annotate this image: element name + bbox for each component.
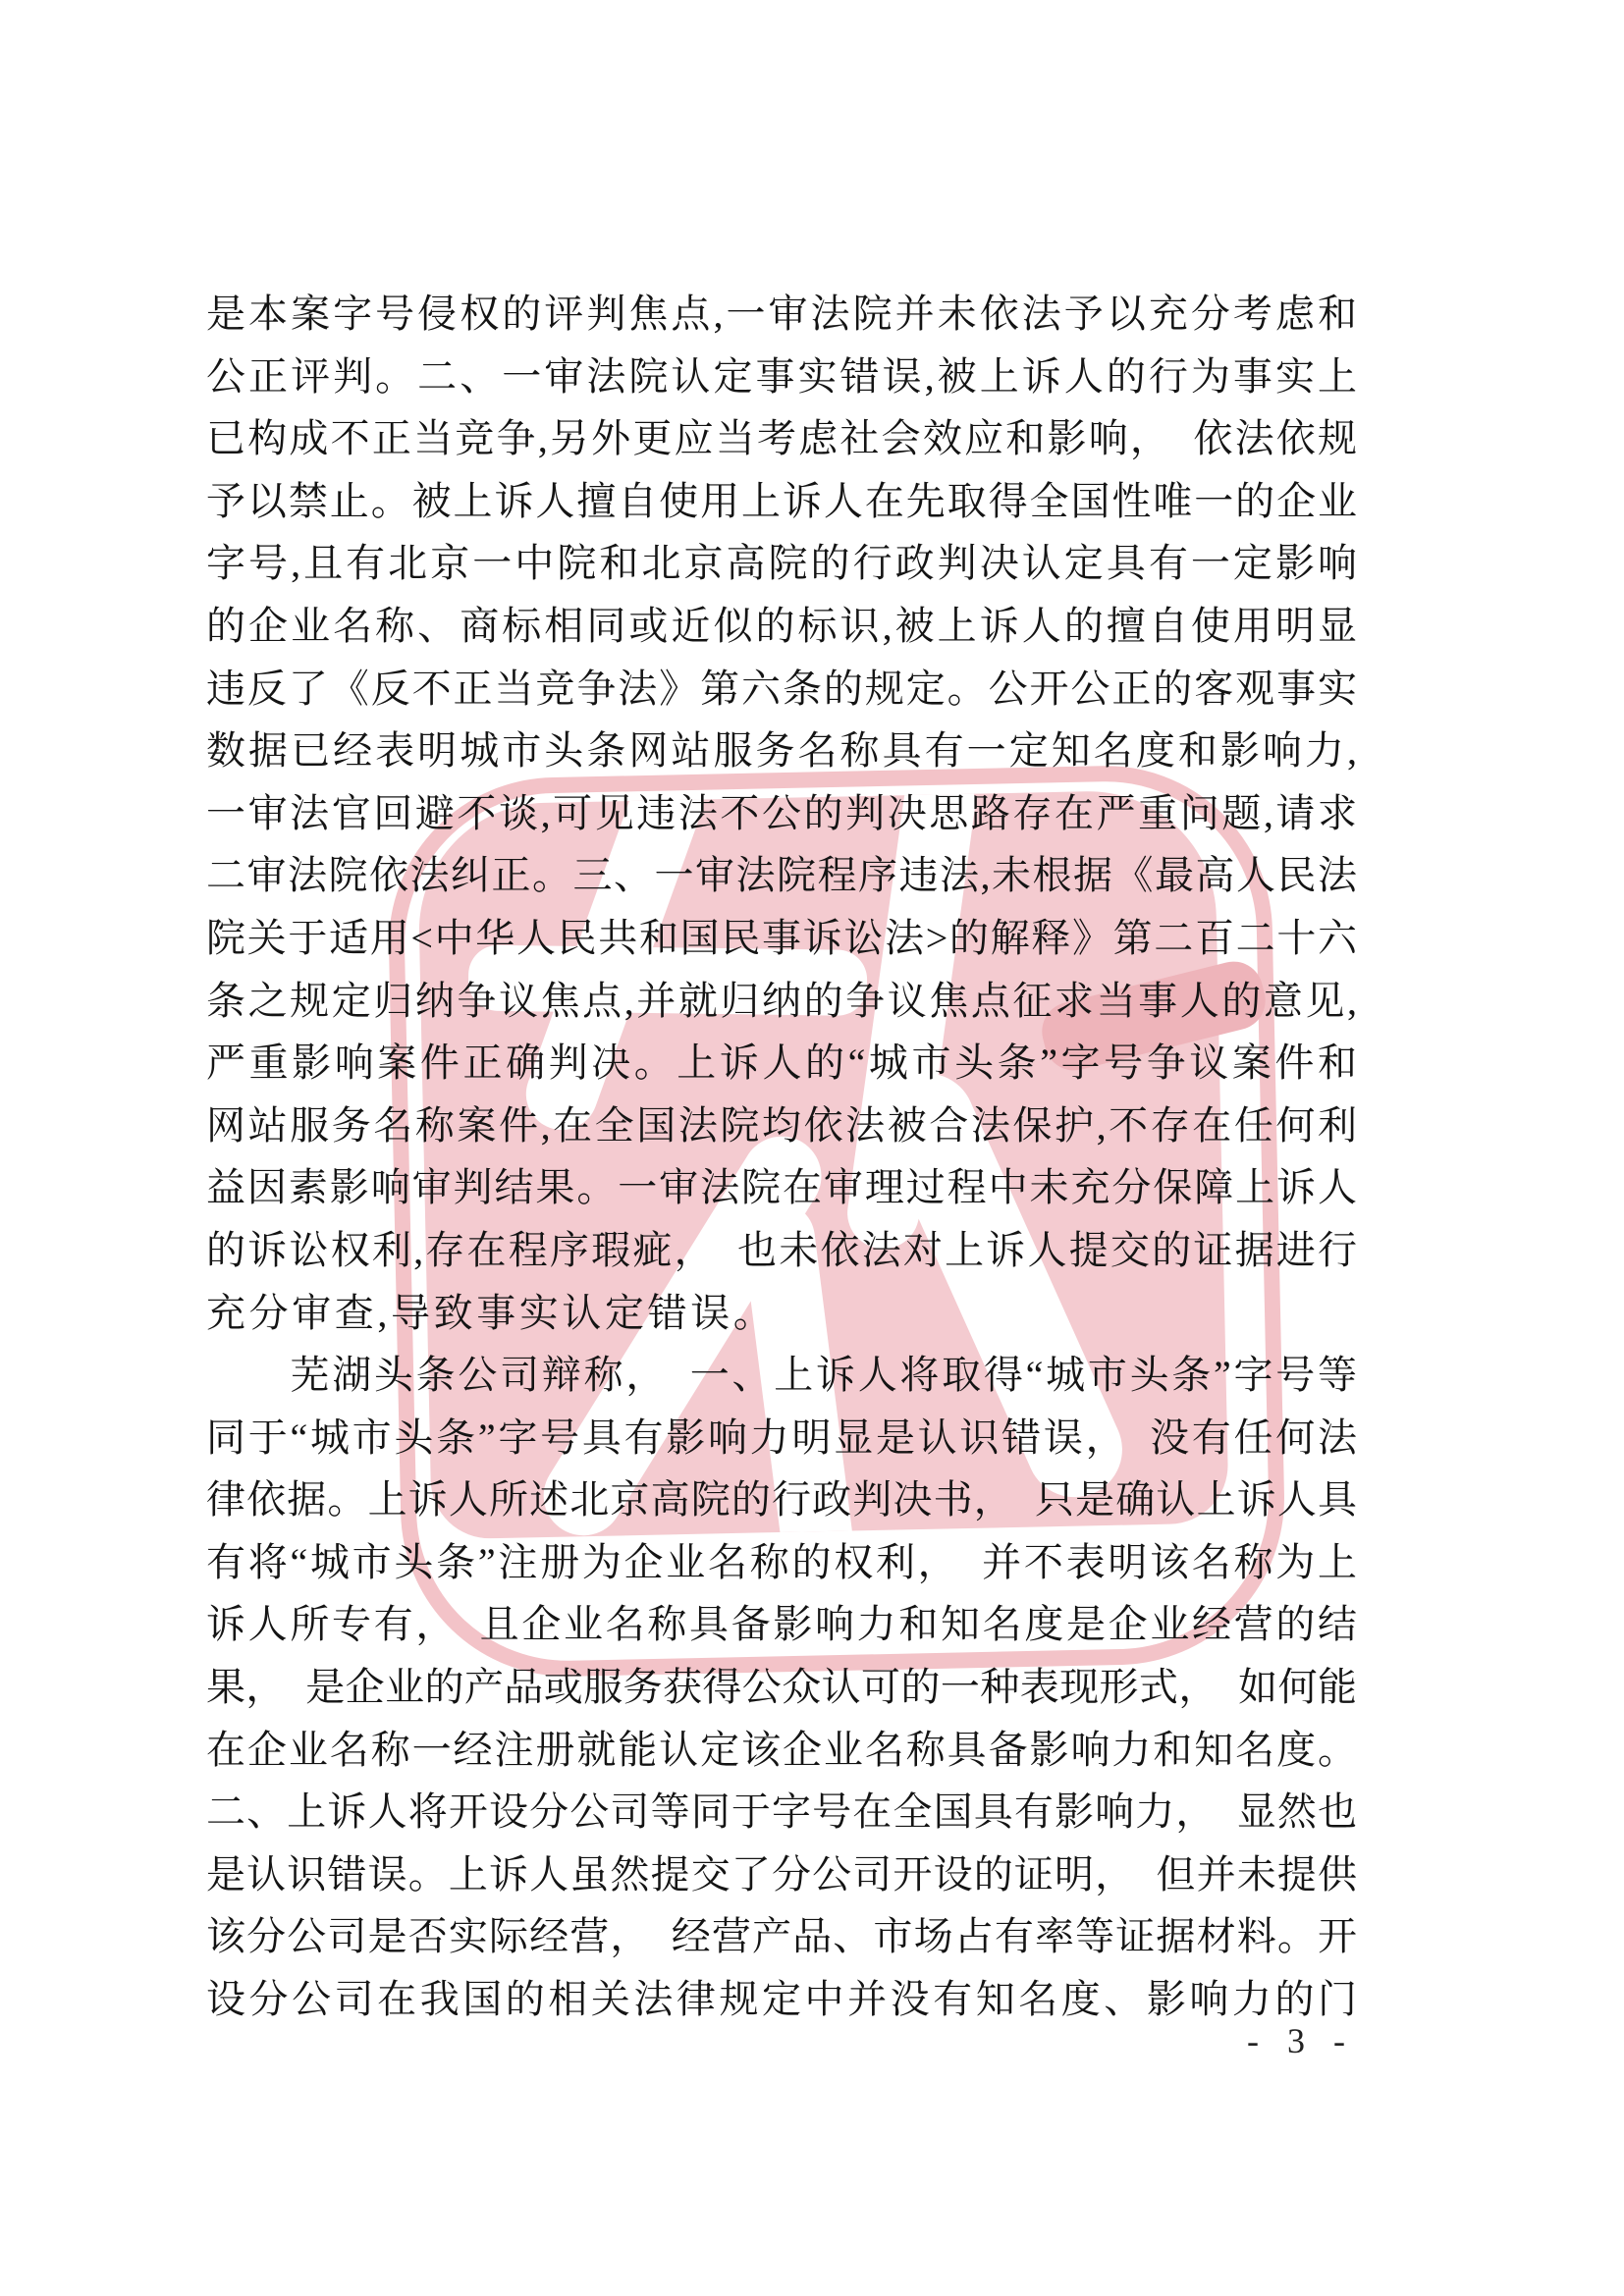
text-line: 在企业名称一经注册就能认定该企业名称具备影响力和知名度。 xyxy=(206,1719,1357,1782)
text-line: 一审法官回避不谈,可见违法不公的判决思路存在严重问题,请求 xyxy=(206,782,1357,845)
text-line: 严重影响案件正确判决。上诉人的“城市头条”字号争议案件和 xyxy=(206,1032,1357,1095)
text-line: 予以禁止。被上诉人擅自使用上诉人在先取得全国性唯一的企业 xyxy=(206,470,1357,533)
text-line: 果， 是企业的产品或服务获得公众认可的一种表现形式， 如何能 xyxy=(206,1656,1357,1719)
text-line: 字号,且有北京一中院和北京高院的行政判决认定具有一定影响 xyxy=(206,532,1357,595)
text-line: 数据已经表明城市头条网站服务名称具有一定知名度和影响力, xyxy=(206,720,1357,782)
text-line: 充分审查,导致事实认定错误。 xyxy=(206,1282,1357,1345)
text-line: 诉人所专有， 且企业名称具备影响力和知名度是企业经营的结 xyxy=(206,1593,1357,1656)
text-line: 的企业名称、商标相同或近似的标识,被上诉人的擅自使用明显 xyxy=(206,595,1357,658)
text-line: 违反了《反不正当竞争法》第六条的规定。公开公正的客观事实 xyxy=(206,658,1357,721)
text-line: 二审法院依法纠正。三、一审法院程序违法,未根据《最高人民法 xyxy=(206,844,1357,907)
text-line: 是本案字号侵权的评判焦点,一审法院并未依法予以充分考虑和 xyxy=(206,283,1357,346)
text-line: 的诉讼权利,存在程序瑕疵， 也未依法对上诉人提交的证据进行 xyxy=(206,1219,1357,1282)
text-line: 条之规定归纳争议焦点,并就归纳的争议焦点征求当事人的意见, xyxy=(206,970,1357,1033)
page-number: - 3 - xyxy=(1247,2020,1355,2061)
text-line: 是认识错误。上诉人虽然提交了分公司开设的证明， 但并未提供 xyxy=(206,1843,1357,1906)
text-line: 二、上诉人将开设分公司等同于字号在全国具有影响力， 显然也 xyxy=(206,1781,1357,1843)
text-line: 网站服务名称案件,在全国法院均依法被合法保护,不存在任何利 xyxy=(206,1095,1357,1157)
text-line: 设分公司在我国的相关法律规定中并没有知名度、影响力的门 xyxy=(206,1968,1357,2031)
text-line: 益因素影响审判结果。一审法院在审理过程中未充分保障上诉人 xyxy=(206,1156,1357,1219)
text-line: 已构成不正当竞争,另外更应当考虑社会效应和影响， 依法依规 xyxy=(206,407,1357,470)
text-line: 有将“城市头条”注册为企业名称的权利， 并不表明该名称为上 xyxy=(206,1531,1357,1594)
body-text: 是本案字号侵权的评判焦点,一审法院并未依法予以充分考虑和公正评判。二、一审法院认… xyxy=(206,283,1357,2031)
text-line: 该分公司是否实际经营， 经营产品、市场占有率等证据材料。开 xyxy=(206,1905,1357,1968)
text-line: 院关于适用<中华人民共和国民事诉讼法>的解释》第二百二十六 xyxy=(206,907,1357,970)
text-line: 芜湖头条公司辩称， 一、上诉人将取得“城市头条”字号等 xyxy=(206,1344,1357,1407)
document-page: 是本案字号侵权的评判焦点,一审法院并未依法予以充分考虑和公正评判。二、一审法院认… xyxy=(0,0,1624,2296)
text-line: 律依据。上诉人所述北京高院的行政判决书， 只是确认上诉人具 xyxy=(206,1468,1357,1531)
text-line: 公正评判。二、一审法院认定事实错误,被上诉人的行为事实上 xyxy=(206,346,1357,408)
text-line: 同于“城市头条”字号具有影响力明显是认识错误， 没有任何法 xyxy=(206,1407,1357,1469)
